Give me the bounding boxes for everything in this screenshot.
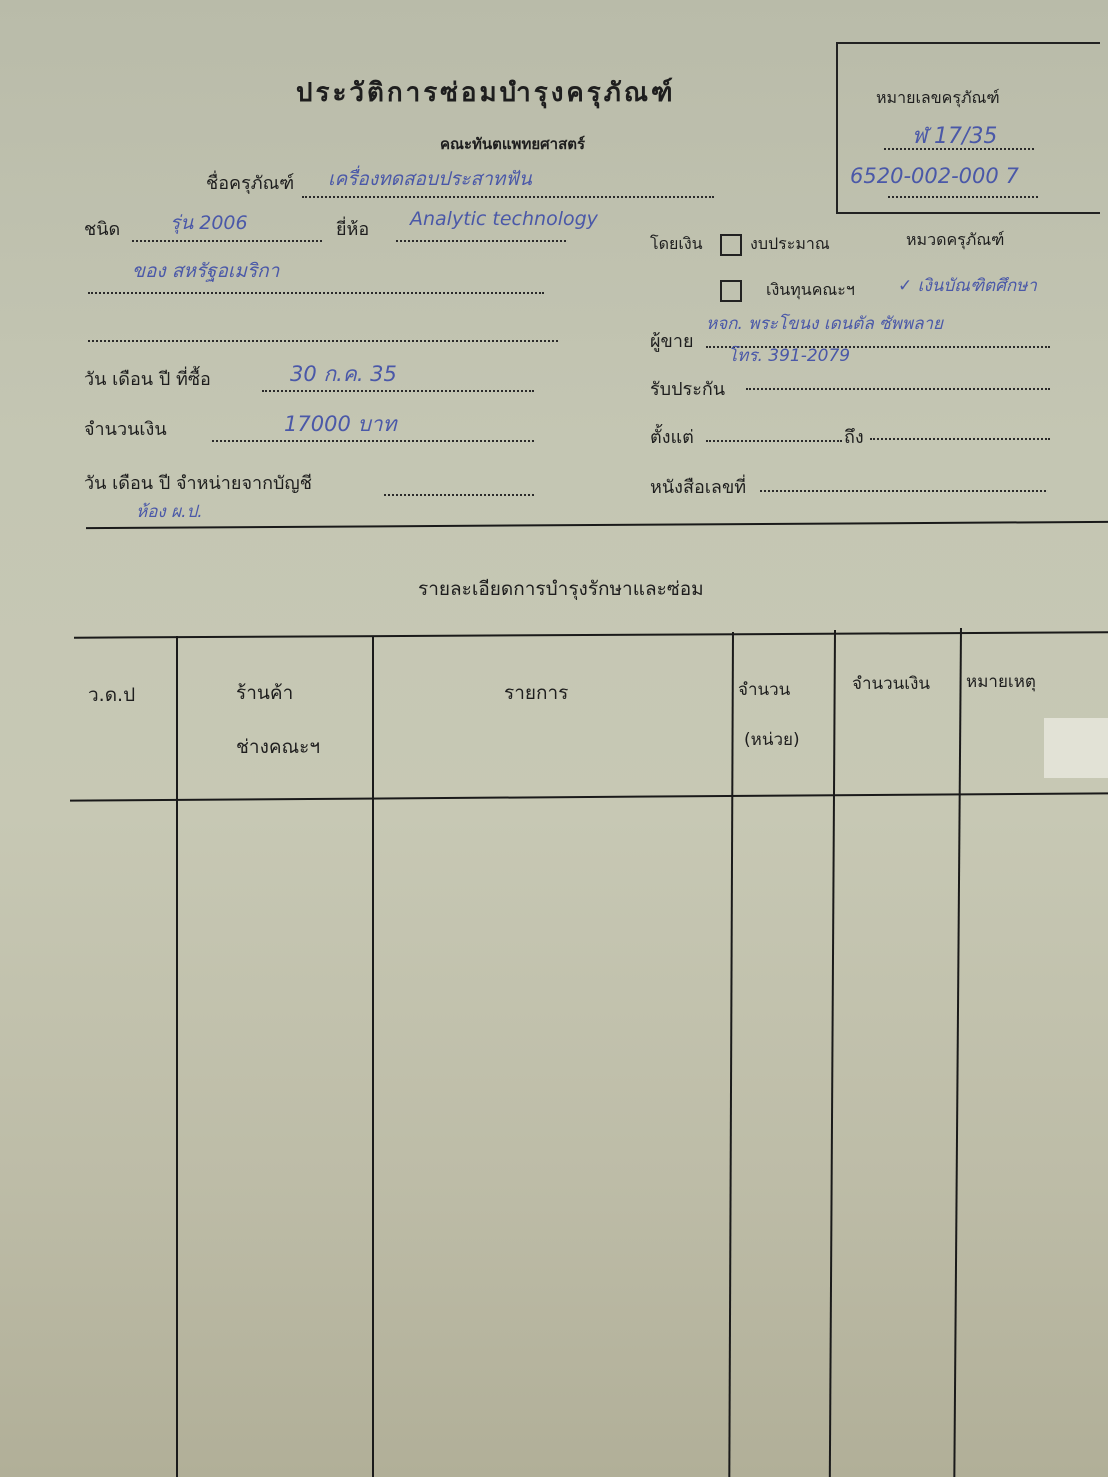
funding-budget-checkbox[interactable] bbox=[720, 234, 742, 256]
col-header-qty-unit: (หน่วย) bbox=[744, 726, 800, 753]
letter-no-label: หนังสือเลขที่ bbox=[650, 472, 746, 501]
asset-name-label: ชื่อครุภัณฑ์ bbox=[206, 168, 294, 197]
col-header-date: ว.ด.ป bbox=[88, 680, 135, 710]
funding-faculty-label: เงินทุนคณะฯ bbox=[766, 278, 855, 303]
warranty-from-dots bbox=[706, 440, 842, 442]
seller-phone[interactable]: โทร. 391-2079 bbox=[728, 342, 850, 369]
seller-label: ผู้ขาย bbox=[650, 326, 694, 355]
asset-number-dots-2 bbox=[888, 196, 1038, 198]
table-col-divider-5 bbox=[953, 628, 962, 1477]
asset-number-value-2[interactable]: 6520-002-000 7 bbox=[850, 164, 1019, 188]
brand-value[interactable]: Analytic technology bbox=[410, 208, 598, 230]
col-header-remarks: หมายเหตุ bbox=[966, 668, 1036, 695]
glare-patch bbox=[1044, 718, 1108, 778]
document-subtitle: คณะทันตแพทยศาสตร์ bbox=[440, 132, 585, 156]
warranty-to-dots bbox=[870, 438, 1050, 440]
warranty-dots bbox=[746, 388, 1050, 390]
table-col-divider-4 bbox=[829, 630, 836, 1477]
asset-name-dots bbox=[302, 196, 714, 198]
asset-number-dots-1 bbox=[884, 148, 1034, 150]
header-divider bbox=[86, 521, 1108, 529]
col-header-vendor: ร้านค้า bbox=[236, 678, 293, 708]
purchase-date-label: วัน เดือน ปี ที่ซื้อ bbox=[84, 364, 211, 393]
funding-budget-label: งบประมาณ bbox=[750, 232, 830, 257]
document-title: ประวัติการซ่อมบำรุงครุภัณฑ์ bbox=[296, 72, 676, 113]
asset-number-label: หมายเลขครุภัณฑ์ bbox=[876, 86, 1000, 111]
table-top-border bbox=[74, 631, 1108, 638]
seller-value[interactable]: หจก. พระโขนง เดนตัล ซัพพลาย bbox=[706, 310, 943, 337]
col-header-vendor-sub: ช่างคณะฯ bbox=[236, 732, 320, 762]
disposal-date-dots bbox=[384, 494, 534, 496]
warranty-to-label: ถึง bbox=[844, 422, 864, 451]
letter-no-dots bbox=[760, 490, 1046, 492]
table-col-divider-3 bbox=[728, 632, 734, 1477]
purchase-date-value[interactable]: 30 ก.ค. 35 bbox=[290, 358, 397, 391]
brand-label: ยี่ห้อ bbox=[336, 214, 369, 243]
funding-note[interactable]: ✓ เงินบัณฑิตศึกษา bbox=[898, 272, 1037, 299]
blank-dots bbox=[88, 340, 558, 342]
col-header-qty: จำนวน bbox=[738, 676, 790, 703]
room-value[interactable]: ห้อง ผ.ป. bbox=[136, 498, 203, 525]
table-col-divider-1 bbox=[176, 636, 178, 1477]
table-header-bottom-border bbox=[70, 792, 1108, 801]
amount-value[interactable]: 17000 บาท bbox=[284, 408, 396, 441]
origin-value[interactable]: ของ สหรัฐอเมริกา bbox=[132, 256, 279, 286]
col-header-item: รายการ bbox=[504, 678, 568, 708]
amount-label: จำนวนเงิน bbox=[84, 414, 167, 443]
disposal-date-label: วัน เดือน ปี จำหน่ายจากบัญชี bbox=[84, 468, 312, 497]
category-label: หมวดครุภัณฑ์ bbox=[906, 228, 1004, 253]
funding-label: โดยเงิน bbox=[650, 232, 703, 257]
asset-name-value[interactable]: เครื่องทดสอบประสาทฟัน bbox=[328, 164, 532, 194]
funding-faculty-checkbox[interactable] bbox=[720, 280, 742, 302]
warranty-label: รับประกัน bbox=[650, 374, 725, 403]
type-dots bbox=[132, 240, 322, 242]
type-value[interactable]: รุ่น 2006 bbox=[170, 208, 248, 238]
table-col-divider-2 bbox=[372, 636, 374, 1477]
type-label: ชนิด bbox=[84, 214, 120, 243]
warranty-from-label: ตั้งแต่ bbox=[650, 422, 694, 451]
maintenance-section-title: รายละเอียดการบำรุงรักษาและซ่อม bbox=[418, 574, 704, 604]
origin-dots bbox=[88, 292, 544, 294]
brand-dots bbox=[396, 240, 566, 242]
col-header-amount: จำนวนเงิน bbox=[852, 670, 930, 697]
